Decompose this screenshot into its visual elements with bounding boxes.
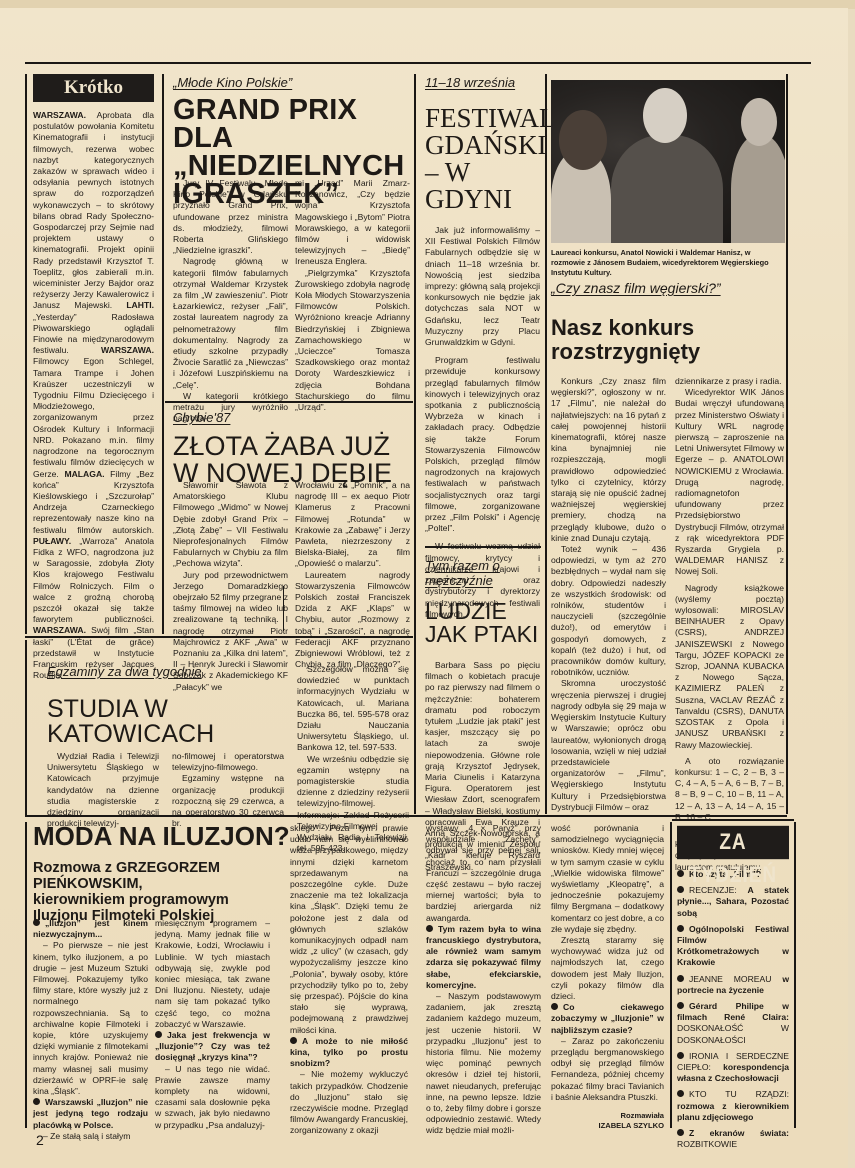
article-column: Sławomir Sławota z Amatorskiego Klubu Fi… (173, 480, 288, 693)
paragraph: A oto rozwiązanie konkursu: 1 – C, 2 – B… (675, 756, 784, 823)
bullet-icon (677, 870, 684, 877)
bullet-icon (677, 975, 684, 982)
article-column: Wydział Radia i Telewizji Uniwersytetu Ś… (47, 751, 159, 829)
paragraph: dziennikarze z prasy i radia. (675, 376, 784, 387)
za-tydzien-title: ZA TYDZIEŃ (677, 826, 789, 859)
article-column: Konkurs „Czy znasz film węgierski?”, ogł… (551, 376, 666, 813)
bullet-icon (677, 925, 684, 932)
interview-question: Co ciekawego zobaczymy w „Iluzjonie” w n… (551, 1002, 664, 1036)
paragraph: Nagrodę główną w kategorii filmów fabula… (173, 256, 288, 390)
paragraph: Jak już informowaliśmy – XII Festiwal Po… (425, 225, 540, 348)
bullet-icon (33, 919, 40, 926)
article-column: dziennikarze z prasy i radia. Wicedyrekt… (675, 376, 784, 873)
article-kicker: Chybie'87 (173, 410, 411, 425)
column-rule (545, 74, 547, 814)
preview-item: Ogólnopolski Festiwal Filmów Krótkometra… (677, 924, 789, 969)
article-headline: MODA NA ILUZJON? (33, 822, 293, 850)
article-kicker: Tym razem o mężczyźnie (425, 558, 505, 588)
paragraph: Wrocławiu za „Pomnik”, a na nagrodę III … (295, 480, 410, 570)
question-text: Jaka jest frekwencja w „Iluzjonie”? Czy … (155, 1030, 270, 1062)
interview-answer: – Ze stałą salą i stałym (33, 1131, 148, 1142)
paragraph: Nagrody książkowe (wyślemy pocztą) wylos… (675, 583, 784, 751)
interview-answer: – Naszym podstawowym zadaniem, jak zresz… (426, 991, 541, 1137)
signature-label: Rozmawiała (551, 1111, 664, 1121)
interview-question: A może to nie miłość kina, tylko po pros… (290, 1036, 408, 1070)
page-number: 2 (36, 1132, 44, 1148)
interview-column: wość porównania i samodzielnego wyciągni… (551, 823, 664, 1131)
article-headline: ZŁOTA ŻABA JUŻ W NOWEJ DĘBIE (173, 433, 403, 487)
article-subhead: Rozmowa z GRZEGORZEM PIEŃKOWSKIM, kierow… (33, 860, 233, 924)
interview-column: skiego”. Poza tym prawie udało nam się w… (290, 823, 408, 1137)
city-label: MALAGA. (64, 469, 104, 479)
preview-item: JEANNE MOREAU w portrecie na życzenie (677, 974, 789, 996)
bullet-icon (677, 1002, 684, 1009)
festiwal-article: 11–18 września FESTIWAL GDAŃSKI – W GDYN… (425, 75, 540, 620)
article-headline: LUDZIE JAK PTAKI (425, 600, 540, 646)
question-text: Warszawski „Iluzjon” nie jest jedyną teg… (33, 1097, 148, 1129)
paragraph: Toteż wynik – 436 odpowiedzi, w tym aż 2… (551, 544, 666, 678)
interview-question: Warszawski „Iluzjon” nie jest jedyną teg… (33, 1097, 148, 1131)
column-rule (25, 640, 27, 815)
city-label: WARSZAWA. (101, 345, 154, 355)
photo-laureates (551, 80, 785, 243)
column-rule (25, 74, 27, 634)
preview-bold: rozmowa z kierownikiem planu zdjęciowego (677, 1101, 789, 1122)
article-kicker: „Młode Kino Polskie” (173, 75, 411, 90)
preview-text: KTO TU RZĄDZI: (689, 1089, 789, 1099)
preview-item: Gérard Philipe w filmach René Claira: DO… (677, 1001, 789, 1046)
article-headline: Nasz konkurs rozstrzygnięty (551, 316, 785, 364)
moda-article: MODA NA ILUZJON? Rozmowa z GRZEGORZEM PI… (33, 822, 293, 924)
news-text: „Warroza” Anatola Fidka z WFO, nagrodzon… (33, 536, 154, 624)
preview-item: Z ekranów świata: ROZBITKOWIE (677, 1128, 789, 1150)
city-label: WARSZAWA. (33, 110, 86, 120)
question-text: Co ciekawego zobaczymy w „Iluzjonie” w n… (551, 1002, 664, 1034)
interview-column: miesięcznym programem – jedyną. Mamy jed… (155, 918, 270, 1131)
article-headline: FESTIWAL GDAŃSKI – W GDYNI (425, 105, 540, 213)
paragraph: mi „Urząd” Marii Zmarz-Koczanowicz, „Czy… (295, 178, 410, 268)
bullet-icon (426, 925, 433, 932)
krotko-text: WARSZAWA. Aprobata dla postulatów powoła… (31, 110, 156, 681)
column-rule (786, 74, 788, 814)
paragraph: „Pielgrzymka” Krzysztofa Żurowskiego zdo… (295, 268, 410, 414)
interview-answer: – U nas tego nie widać. Prawie zawsze ma… (155, 1064, 270, 1131)
column-rule (414, 74, 416, 814)
article-kicker: „Czy znasz film węgierski?” (551, 280, 785, 296)
interview-answer: skiego”. Poza tym prawie udało nam się w… (290, 823, 408, 1036)
preview-bold: Z ekranów świata: (689, 1128, 789, 1138)
article-headline: STUDIA W KATOWICACH (47, 697, 227, 747)
bullet-icon (677, 1129, 684, 1136)
preview-item: KTO TU RZĄDZI: rozmowa z kierownikiem pl… (677, 1089, 789, 1123)
interview-answer: – Po pierwsze – nie jest kinem, tylko il… (33, 940, 148, 1097)
interview-question: „Iluzjon” jest kinem niezwyczajnym... (33, 918, 148, 940)
interview-question: Tym razem była to wina francuskiego dyst… (426, 924, 541, 991)
interview-column: wystawy „4 × Paryż” przy współudziale „Z… (426, 823, 541, 1137)
paragraph: Laureatem nagrody Stowarzyszenia Filmowc… (295, 570, 410, 671)
bullet-icon (677, 1090, 684, 1097)
paragraph: Sławomir Sławota z Amatorskiego Klubu Fi… (173, 480, 288, 570)
preview-text: ROZBITKOWIE (677, 1139, 737, 1149)
news-text: Aprobata dla postulatów powołania Komite… (33, 110, 154, 310)
paragraph: Skromna uroczystość wręczenia pierwszej … (551, 678, 666, 812)
preview-bold: Ogólnopolski Festiwal Filmów Krótkometra… (677, 924, 789, 968)
article-column: Jury IV Festiwalu „Młode Kino Polskie” w… (173, 178, 288, 424)
column-rule (794, 822, 796, 1128)
bullet-icon (677, 1052, 684, 1059)
photo-caption: Laureaci konkursu, Anatol Nowicki i Wald… (551, 248, 785, 278)
paragraph: Konkurs „Czy znasz film węgierski?”, ogł… (551, 376, 666, 544)
article-column: no-filmowej i operatorstwa telewizyjno-f… (172, 751, 284, 829)
preview-item: IRONIA I SERDECZNE CIEPŁO: korespondencj… (677, 1051, 789, 1085)
paragraph: Szczegółów można się dowiedzieć w punkta… (297, 664, 409, 754)
zlota-zaba-article: Chybie'87 ZŁOTA ŻABA JUŻ W NOWEJ DĘBIE (173, 410, 411, 487)
bullet-icon (551, 1003, 558, 1010)
krotko-section: Krótko WARSZAWA. Aprobata dla postulatów… (31, 74, 156, 634)
column-rule (162, 74, 164, 634)
paragraph: Wicedyrektor WIK János Budai wręczył ufu… (675, 387, 784, 577)
interview-answer: – Zaraz po zakończeniu przeglądu bergman… (551, 1036, 664, 1103)
question-text: Tym razem była to wina francuskiego dyst… (426, 924, 541, 990)
interview-answer: Zresztą staramy się wychowywać widza już… (551, 935, 664, 1002)
paragraph: no-filmowej i operatorstwa telewizyjno-f… (172, 751, 284, 773)
bullet-icon (290, 1037, 297, 1044)
top-rule (25, 62, 811, 64)
question-text: „Iluzjon” jest kinem niezwyczajnym... (33, 918, 148, 939)
interview-answer: wystawy „4 × Paryż” przy współudziale „Z… (426, 823, 541, 924)
paragraph: Program festiwalu przewiduje konkursowy … (425, 355, 540, 534)
news-text: Filmowcy Egon Schlegel, Tamara Trampe i … (33, 356, 154, 478)
interview-column: „Iluzjon” jest kinem niezwyczajnym... – … (33, 918, 148, 1142)
city-label: PUŁAWY. (33, 536, 71, 546)
interview-answer: wość porównania i samodzielnego wyciągni… (551, 823, 664, 935)
interview-answer: – Nie możemy wykluczyć takich przypadków… (290, 1069, 408, 1136)
city-label: WARSZAWA. (33, 625, 86, 635)
studia-article: Egzaminy za dwa tygodnie STUDIA W KATOWI… (47, 664, 287, 747)
article-kicker: Egzaminy za dwa tygodnie (47, 664, 287, 679)
article-kicker: 11–18 września (425, 75, 540, 90)
preview-text: JEANNE MOREAU (689, 974, 782, 984)
column-rule (670, 822, 672, 1128)
paragraph: Wydział Radia i Telewizji Uniwersytetu Ś… (47, 751, 159, 829)
column-rule (25, 822, 27, 1128)
article-column: mi „Urząd” Marii Zmarz-Koczanowicz, „Czy… (295, 178, 410, 413)
preview-text: DOSKONAŁOŚĆ W DOSKONAŁOŚCI (677, 1023, 789, 1044)
za-tydzien-box: ZA TYDZIEŃ Kto czyta „Film”? RECENZJE: A… (677, 828, 789, 1155)
paragraph: Jury IV Festiwalu „Młode Kino Polskie” w… (173, 178, 288, 256)
question-text: A może to nie miłość kina, tylko po pros… (290, 1036, 408, 1068)
konkurs-article: „Czy znasz film węgierski?” Nasz konkurs… (551, 280, 785, 364)
signature-name: IZABELA SZYLKO (551, 1121, 664, 1131)
city-label: LAHTI. (126, 300, 154, 310)
bullet-icon (677, 886, 684, 893)
article-column: Wrocławiu za „Pomnik”, a na nagrodę III … (295, 480, 410, 670)
bullet-icon (155, 1031, 162, 1038)
krotko-title: Krótko (33, 74, 154, 102)
interview-answer: miesięcznym programem – jedyną. Mamy jed… (155, 918, 270, 1030)
preview-bold: Gérard Philipe w filmach René Claira: (677, 1001, 789, 1022)
interview-question: Jaka jest frekwencja w „Iluzjonie”? Czy … (155, 1030, 270, 1064)
bullet-icon (33, 1098, 40, 1105)
